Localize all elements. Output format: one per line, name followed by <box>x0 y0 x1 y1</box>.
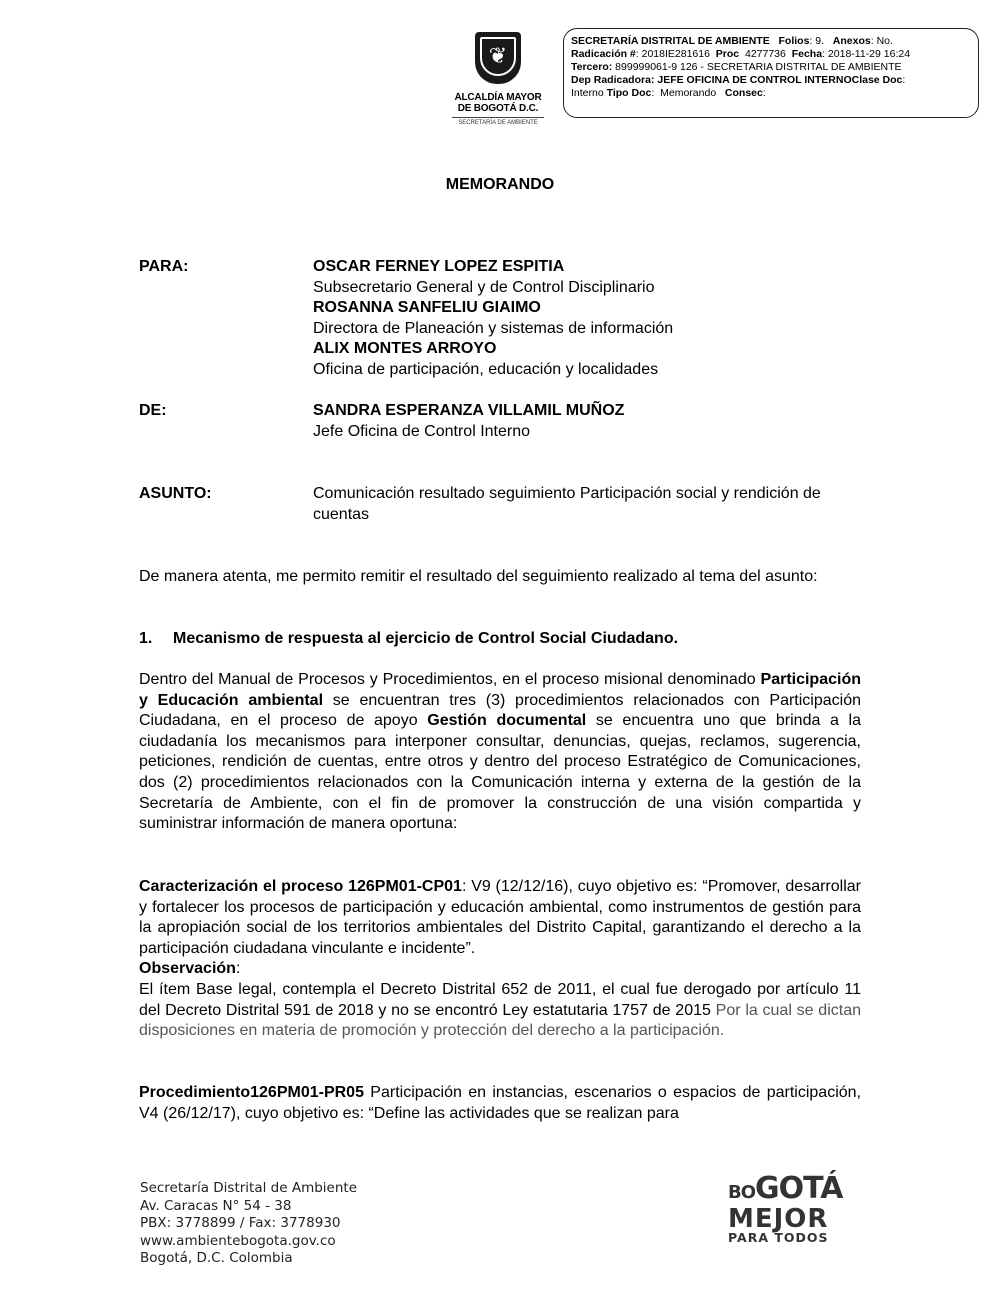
logo-line-1: ALCALDÍA MAYOR <box>448 92 548 103</box>
document-title: MEMORANDO <box>0 176 1000 194</box>
para-label: PARA: <box>139 257 188 278</box>
de-sender: SANDRA ESPERANZA VILLAMIL MUÑOZ Jefe Ofi… <box>313 401 624 442</box>
intro-paragraph: De manera atenta, me permito remitir el … <box>139 567 861 588</box>
stamp-line-1: SECRETARÍA DISTRITAL DE AMBIENTE Folios:… <box>571 35 978 48</box>
stamp-line-3: Tercero: 899999061-9 126 - SECRETARIA DI… <box>571 61 978 74</box>
recipient-role: Subsecretario General y de Control Disci… <box>313 278 673 299</box>
stamp-line-5: Interno Tipo Doc: Memorando Consec: <box>571 87 978 100</box>
de-label: DE: <box>139 401 167 422</box>
para-recipients: OSCAR FERNEY LOPEZ ESPITIA Subsecretario… <box>313 257 673 381</box>
section-heading: 1.Mecanismo de respuesta al ejercicio de… <box>139 629 678 649</box>
recipient-name: ROSANNA SANFELIU GIAIMO <box>313 298 673 319</box>
asunto-label: ASUNTO: <box>139 484 212 505</box>
section-title: Mecanismo de respuesta al ejercicio de C… <box>173 630 678 647</box>
paragraph-procedimiento: Procedimiento126PM01-PR05 Participación … <box>139 1083 861 1124</box>
footer-address: Secretaría Distrital de Ambiente Av. Car… <box>140 1180 357 1268</box>
sender-name: SANDRA ESPERANZA VILLAMIL MUÑOZ <box>313 401 624 422</box>
alcaldia-logo: ❦ ALCALDÍA MAYOR DE BOGOTÁ D.C. SECRETAR… <box>448 32 548 132</box>
website-link: www.ambientebogota.gov.co <box>140 1233 357 1251</box>
bogota-mejor-logo: BOGOTÁ MEJOR PARA TODOS <box>728 1175 858 1245</box>
recipient-role: Oficina de participación, educación y lo… <box>313 360 673 381</box>
stamp-line-4: Dep Radicadora: JEFE OFICINA DE CONTROL … <box>571 74 978 87</box>
recipient-role: Directora de Planeación y sistemas de in… <box>313 319 673 340</box>
recipient-name: ALIX MONTES ARROYO <box>313 339 673 360</box>
observacion-label: Observación <box>139 960 236 977</box>
paragraph-caracterizacion: Caracterización el proceso 126PM01-CP01:… <box>139 877 861 1042</box>
logo-line-3: SECRETARÍA DE AMBIENTE <box>448 119 548 127</box>
paragraph-manual: Dentro del Manual de Procesos y Procedim… <box>139 670 861 835</box>
section-number: 1. <box>139 629 173 649</box>
recipient-name: OSCAR FERNEY LOPEZ ESPITIA <box>313 257 673 278</box>
sender-role: Jefe Oficina de Control Interno <box>313 422 624 443</box>
logo-divider <box>452 117 544 118</box>
stamp-line-2: Radicación #: 2018IE281616 Proc 4277736 … <box>571 48 978 61</box>
asunto-text: Comunicación resultado seguimiento Parti… <box>313 484 863 525</box>
radicado-stamp: SECRETARÍA DISTRITAL DE AMBIENTE Folios:… <box>563 28 979 118</box>
coat-of-arms-icon: ❦ <box>475 32 521 84</box>
logo-line-2: DE BOGOTÁ D.C. <box>448 103 548 114</box>
